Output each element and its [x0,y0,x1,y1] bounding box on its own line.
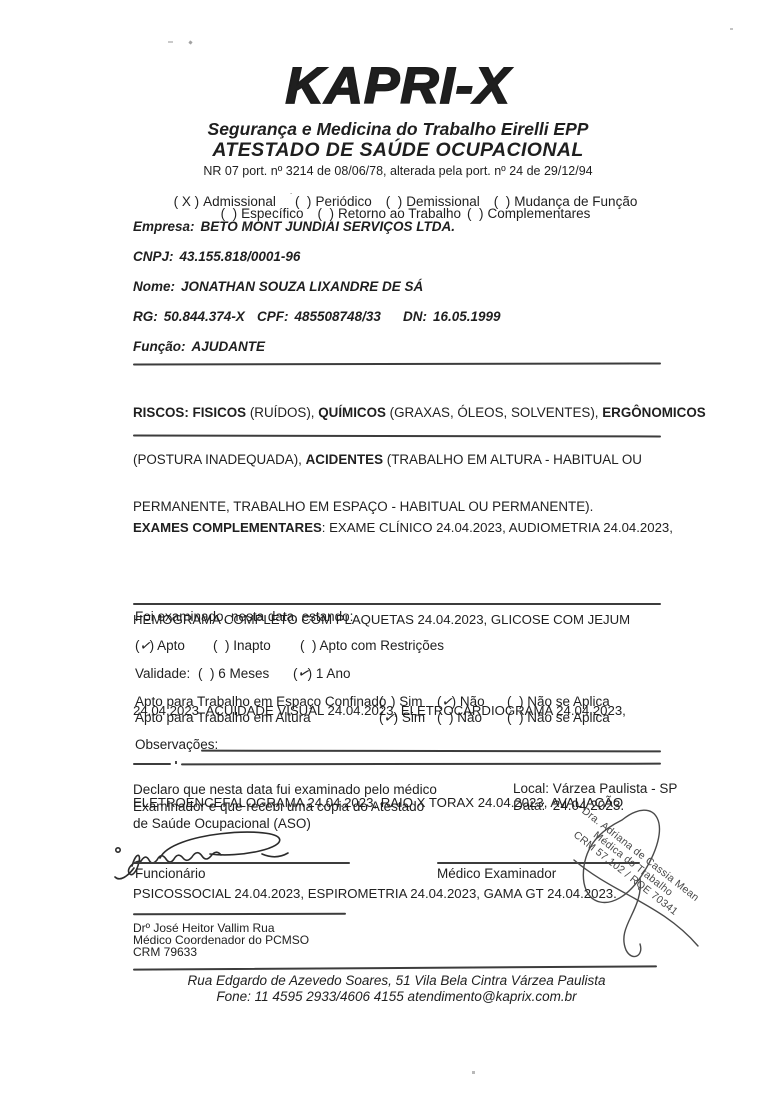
validade-row: Validade: ( ) 6 Meses (✓) 1 Ano [135,666,665,683]
field-empresa: Empresa:BETO MONT JUNDIAI SERVIÇOS LTDA. [133,219,455,234]
handwritten-check-icon: ✓ [138,637,153,655]
altura-row: Apto para Trabalho em Altura (✓) Sim ( )… [135,710,675,726]
checkbox-empty: ( ) [467,206,484,221]
funcionario-signature-line [133,862,350,864]
field-nome: Nome:JONATHAN SOUZA LIXANDRE DE SÁ [133,279,423,294]
altura-label: Apto para Trabalho em Altura [135,710,311,725]
checkbox-apto-restricoes: ( ) Apto com Restrições [300,638,444,653]
scan-speck [188,40,192,44]
checkbox-checked: (✓) [293,666,312,681]
coordenador-crm: CRM 79633 [133,945,197,959]
exames-line: EXAMES COMPLEMENTARES: EXAME CLÍNICO 24.… [133,513,673,544]
validade-label: Validade: [135,666,190,681]
result-intro: Foi examinado, nesta data, estando: [135,609,353,624]
checkbox-empty: ( ) [437,710,454,725]
checkbox-espaco-na: ( ) Não se Aplica [507,694,610,709]
regulation-text: NR 07 port. nº 3214 de 08/06/78, alterad… [6,164,784,178]
scan-speck [175,761,177,764]
riscos-line: RISCOS: FISICOS (RUÍDOS), QUÍMICOS (GRAX… [133,405,673,421]
checkbox-altura-na: ( ) Não se Aplica [507,710,610,725]
observacoes-writing-line [133,763,171,765]
scan-speck [472,1071,475,1074]
field-dn: DN:16.05.1999 [403,309,501,324]
funcionario-label: Funcionário [135,866,206,881]
field-rg-cpf-dn-row: RG:50.844.374-X CPF:485508748/33 DN:16.0… [133,309,673,325]
checkbox-inapto: ( ) Inapto [213,638,271,653]
checkbox-empty: ( ) [507,710,524,725]
espaco-confinado-label: Apto para Trabalho em Espaço Confinado [135,694,386,709]
field-funcao: Função:AJUDANTE [133,339,265,354]
checkbox-espaco-sim: ( ) Sim [379,694,423,709]
checkbox-checked: (✓) [379,710,398,725]
company-subtitle: Segurança e Medicina do Trabalho Eirelli… [6,119,784,140]
scan-speck [168,41,173,43]
divider [133,362,661,365]
footer-phone: Fone: 11 4595 2933/4606 4155 atendimento… [133,989,660,1004]
checkbox-empty: ( ) [507,694,524,709]
scan-speck [730,28,733,30]
field-cnpj: CNPJ:43.155.818/0001-96 [133,249,300,264]
field-rg: RG:50.844.374-X [133,309,245,324]
checkbox-empty: ( ) [213,638,230,653]
field-cpf: CPF:485508748/33 [257,309,381,324]
handwritten-check-icon: ✓ [440,693,455,711]
espaco-confinado-row: Apto para Trabalho em Espaço Confinado (… [135,694,675,710]
checkbox-checked: (✓) [437,694,456,709]
checkbox-altura-nao: ( ) Não [437,710,482,725]
handwritten-check-icon: ✓ [382,709,397,727]
local-text: Local: Várzea Paulista - SP [513,781,677,796]
aptitude-options-row: (✓) Apto ( ) Inapto ( ) Apto com Restriç… [135,638,665,655]
checkbox-empty: ( ) [379,694,396,709]
checkbox-complementares: ( )Complementares [467,206,590,221]
checkbox-empty: ( ) [300,638,317,653]
footer-address: Rua Edgardo de Azevedo Soares, 51 Vila B… [133,973,660,988]
checkbox-espaco-nao: (✓) Não [437,694,485,710]
checkbox-checked: (✓) [135,638,154,653]
checkbox-empty: ( ) [198,666,215,681]
checkbox-6-meses: ( ) 6 Meses [198,666,269,681]
aso-document-page: KAPRI-X Segurança e Medicina do Trabalho… [0,0,784,1104]
checkbox-1-ano: (✓) 1 Ano [293,666,350,682]
divider [133,603,661,605]
medico-examinador-label: Médico Examinador [437,866,556,881]
brand-logo-text: KAPRI-X [0,56,784,115]
checkbox-apto: (✓) Apto [135,638,185,654]
checkbox-altura-sim: (✓) Sim [379,710,425,726]
document-title: ATESTADO DE SAÚDE OCUPACIONAL [6,139,784,162]
